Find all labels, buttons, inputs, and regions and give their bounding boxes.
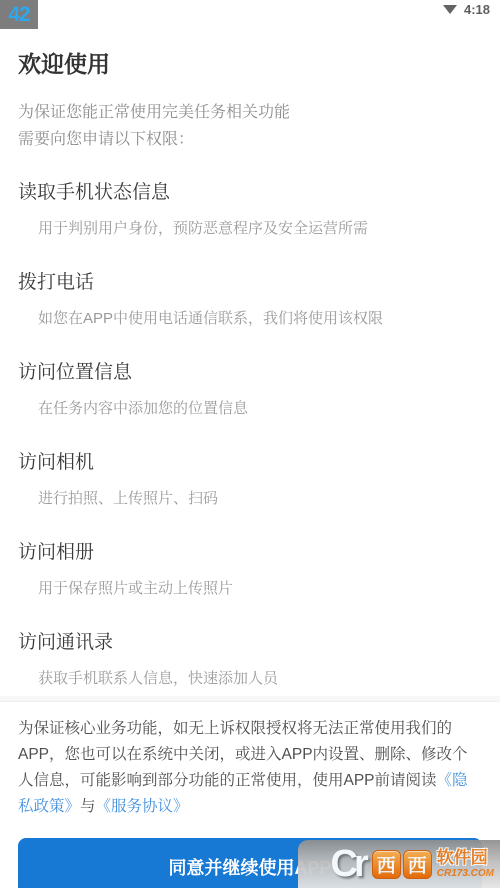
- download-triangle-icon: [443, 5, 457, 14]
- service-agreement-link[interactable]: 《服务协议》: [96, 798, 189, 815]
- status-bar: 42 4:18: [0, 0, 500, 30]
- permission-title: 拨打电话: [18, 267, 482, 294]
- permission-item-album: 访问相册 用于保存照片或主动上传照片: [18, 537, 482, 598]
- permission-desc: 用于保存照片或主动上传照片: [18, 577, 482, 598]
- footer-text: 为保证核心业务功能，如无上诉权限授权将无法正常使用我们的APP，您也可以在系统中…: [18, 720, 468, 789]
- permission-item-call: 拨打电话 如您在APP中使用电话通信联系，我们将使用该权限: [18, 267, 482, 328]
- permission-title: 访问相机: [18, 447, 482, 474]
- notification-badge-icon: 42: [0, 0, 38, 29]
- permission-title: 读取手机状态信息: [18, 177, 482, 204]
- watermark-xi-icon: 西: [403, 850, 432, 879]
- watermark: Cr 西 西 软件园 CR173.COM: [298, 840, 500, 888]
- permission-item-contacts: 访问通讯录 获取手机联系人信息，快速添加人员: [18, 627, 482, 688]
- permission-intro-content: 欢迎使用 为保证您能正常使用完美任务相关功能 需要向您申请以下权限： 读取手机状…: [0, 46, 500, 688]
- status-bar-right: 4:18: [443, 2, 490, 17]
- watermark-cr-logo: Cr: [331, 842, 365, 886]
- intro-text: 为保证您能正常使用完美任务相关功能 需要向您申请以下权限：: [18, 99, 482, 153]
- intro-line-2: 需要向您申请以下权限：: [18, 131, 194, 148]
- permission-item-location: 访问位置信息 在任务内容中添加您的位置信息: [18, 357, 482, 418]
- watermark-site-name: 软件园: [437, 849, 494, 866]
- permission-desc: 用于判别用户身份，预防恶意程序及安全运营所需: [18, 217, 482, 238]
- permission-item-camera: 访问相机 进行拍照、上传照片、扫码: [18, 447, 482, 508]
- permission-item-phone-state: 读取手机状态信息 用于判别用户身份，预防恶意程序及安全运营所需: [18, 177, 482, 238]
- permission-title: 访问通讯录: [18, 627, 482, 654]
- page-title: 欢迎使用: [18, 46, 482, 79]
- watermark-xi-icon: 西: [372, 850, 401, 879]
- footer-conjunction: 与: [80, 798, 96, 815]
- watermark-site-url: CR173.COM: [437, 869, 494, 879]
- permission-desc: 进行拍照、上传照片、扫码: [18, 487, 482, 508]
- intro-line-1: 为保证您能正常使用完美任务相关功能: [18, 104, 290, 121]
- watermark-site-block: 软件园 CR173.COM: [437, 849, 494, 879]
- permission-title: 访问相册: [18, 537, 482, 564]
- permission-desc: 如您在APP中使用电话通信联系，我们将使用该权限: [18, 307, 482, 328]
- permission-title: 访问位置信息: [18, 357, 482, 384]
- footer-notice: 为保证核心业务功能，如无上诉权限授权将无法正常使用我们的APP，您也可以在系统中…: [0, 702, 500, 820]
- status-time: 4:18: [464, 2, 490, 17]
- permission-desc: 在任务内容中添加您的位置信息: [18, 397, 482, 418]
- permission-desc: 获取手机联系人信息，快速添加人员: [18, 667, 482, 688]
